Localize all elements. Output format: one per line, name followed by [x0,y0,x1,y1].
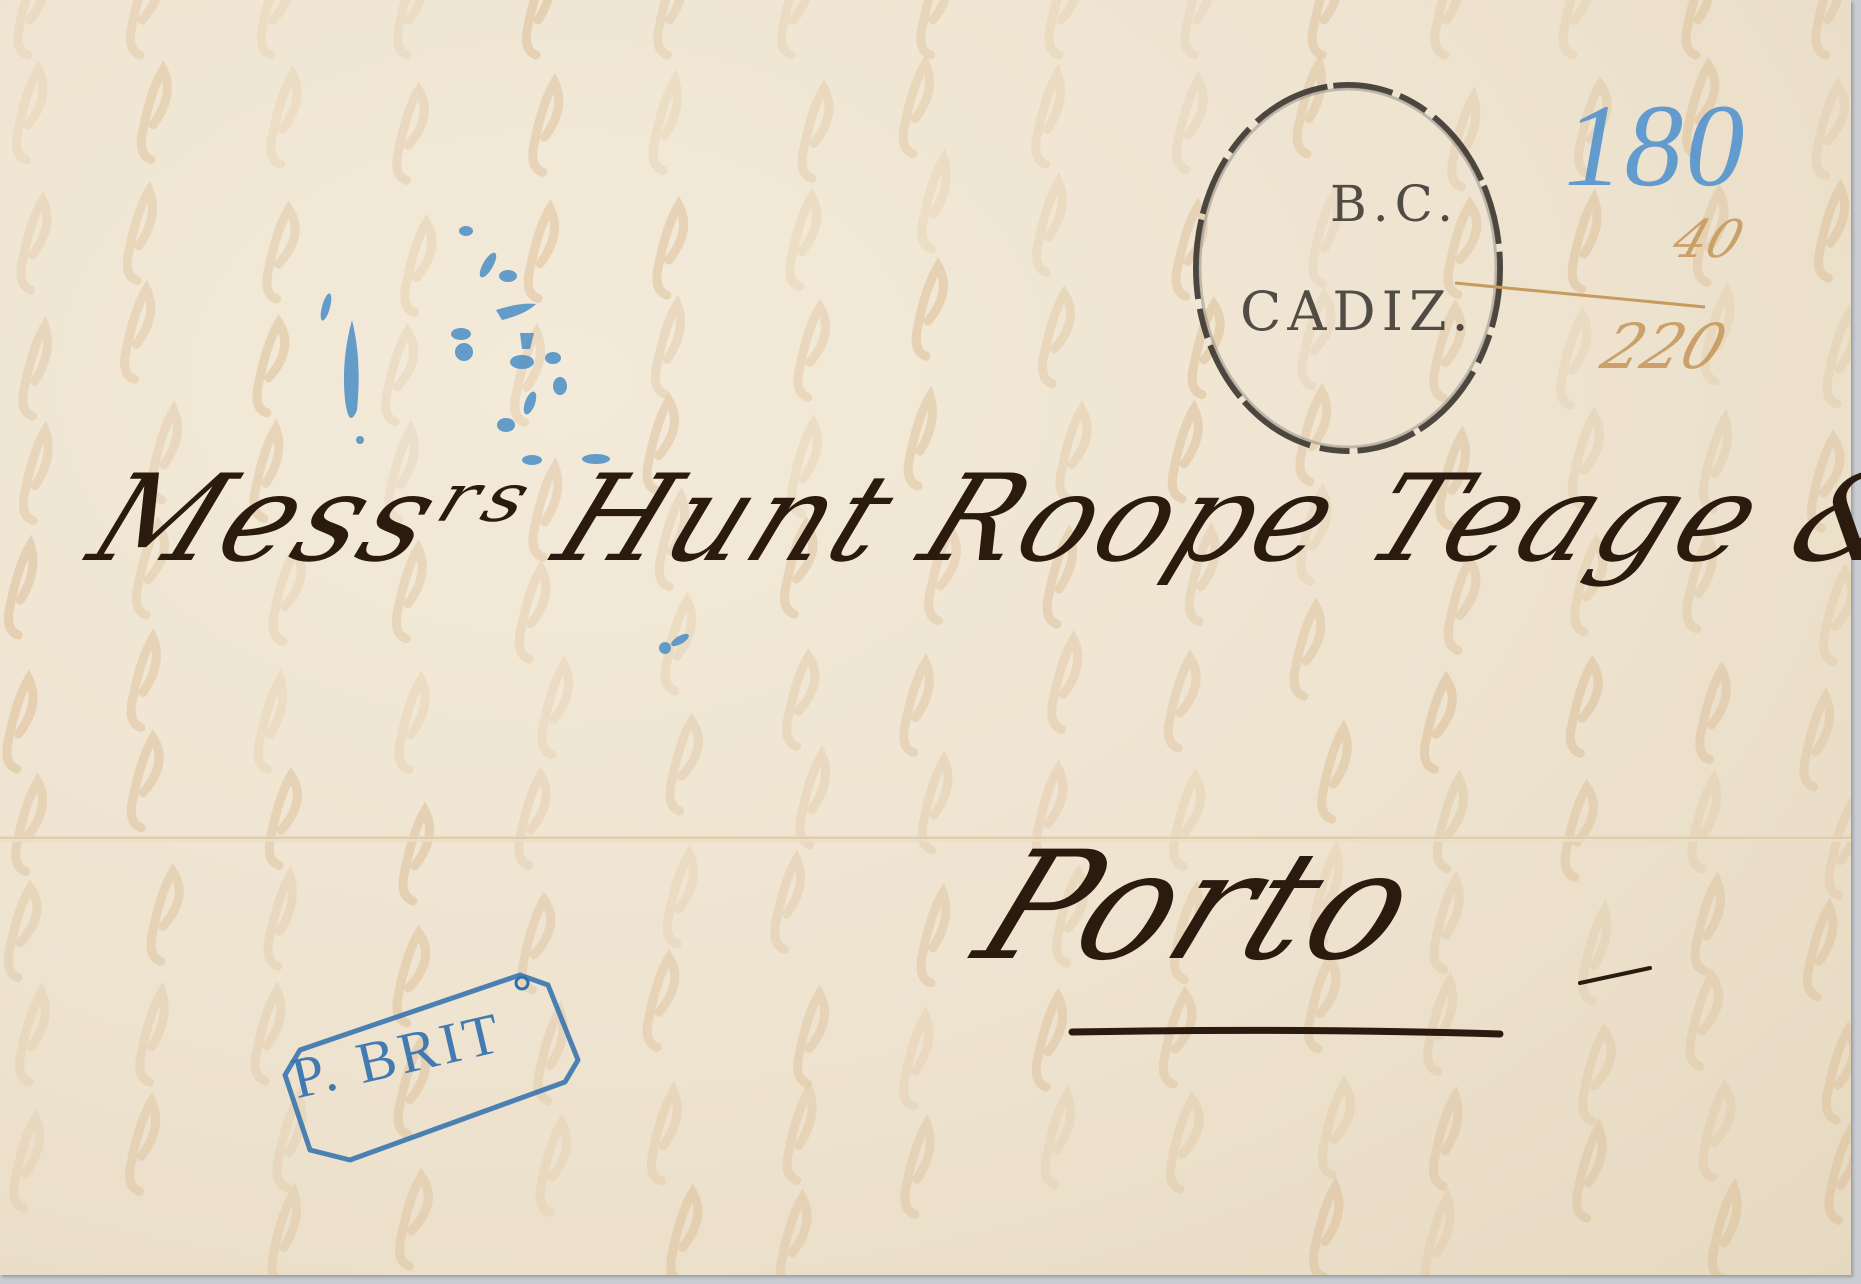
letter-sheet: B.C. CADIZ. 180 40 220 P. BRIT Messʳˢ Hu… [0,0,1851,1275]
address-underline [0,0,1851,1275]
